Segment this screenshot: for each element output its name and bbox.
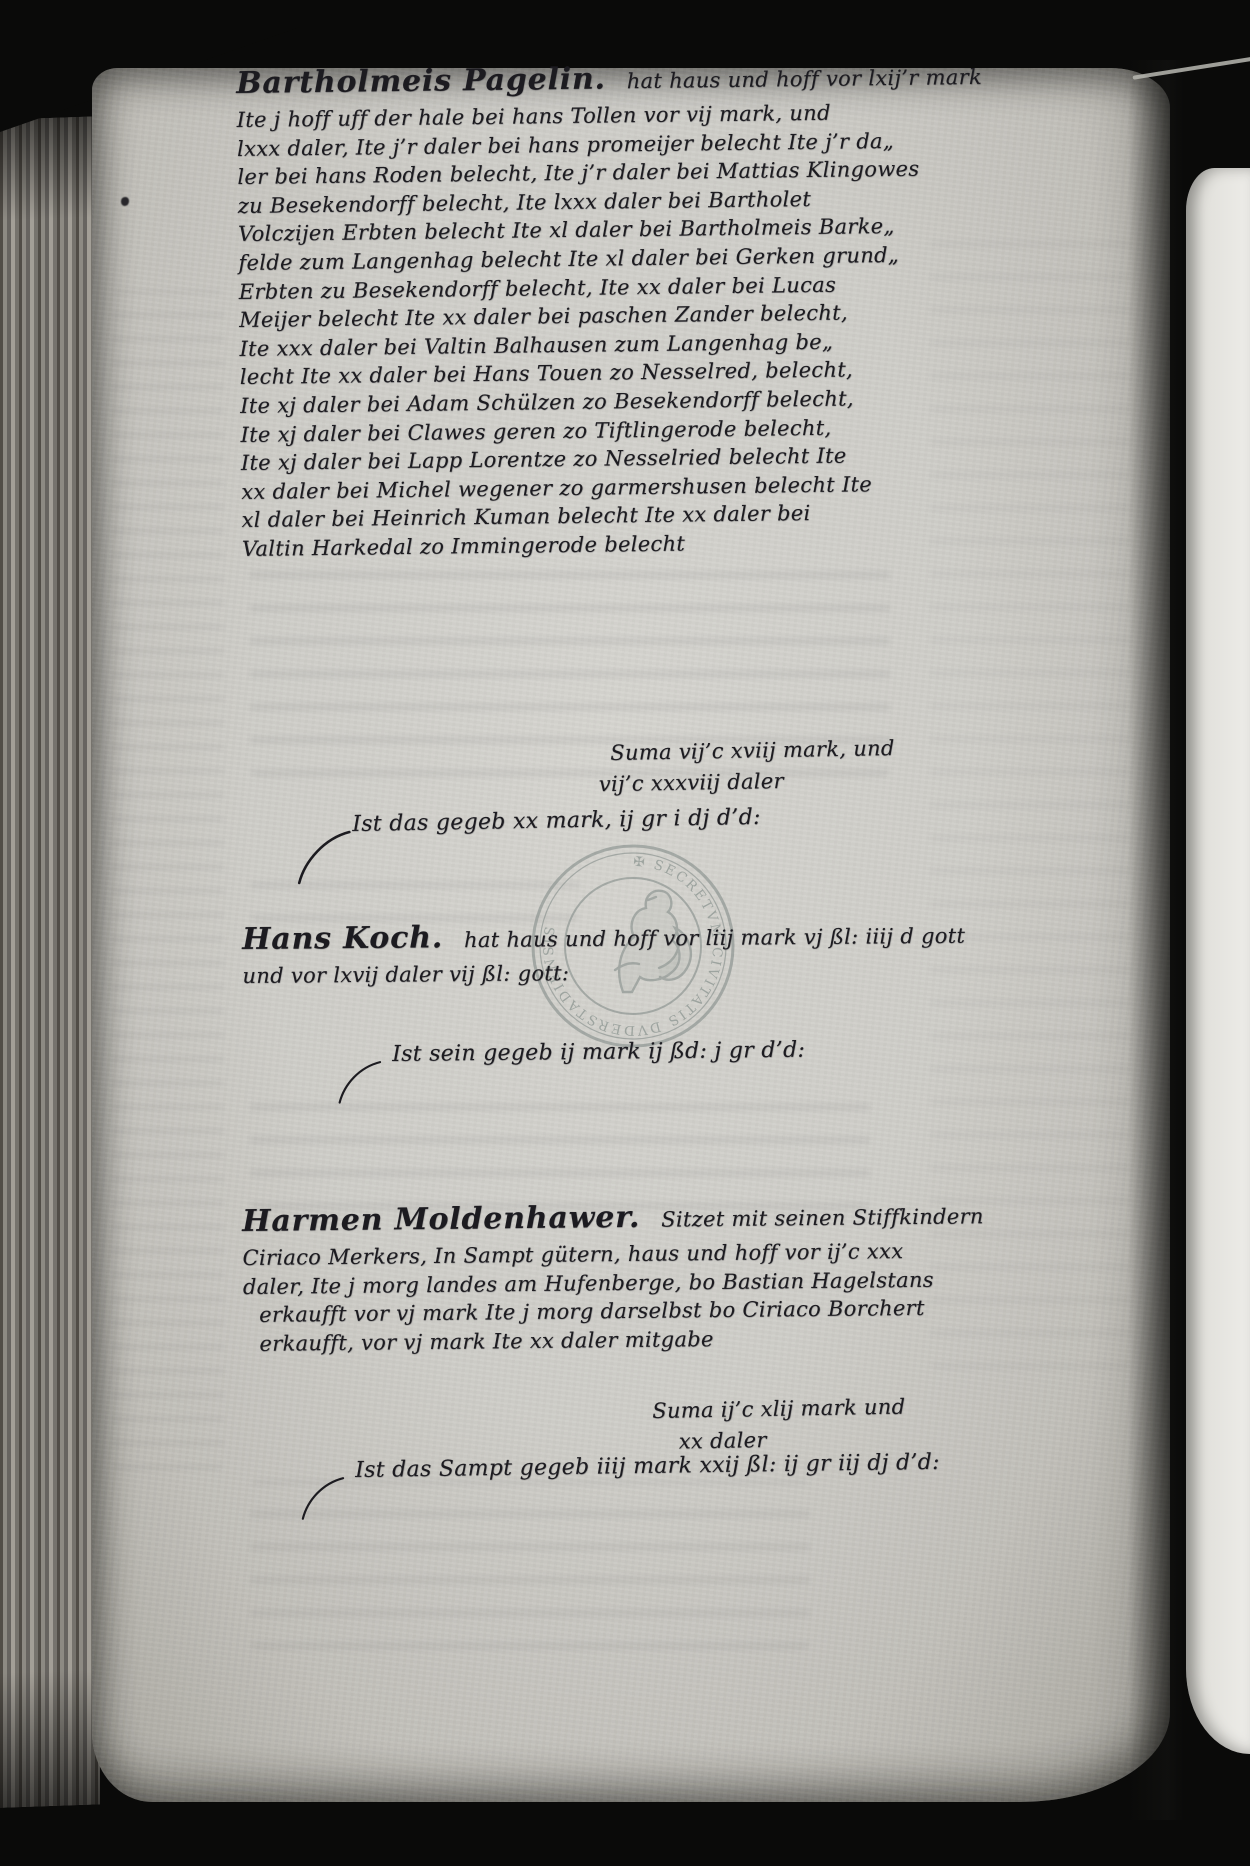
entry-heading: Hans Koch. — [242, 920, 443, 957]
facing-page — [1186, 168, 1250, 1754]
entry-first-line: Hans Koch. hat haus und hoff vor liij ma… — [242, 914, 965, 962]
payment-line: Ist sein gegeb ij mark ij ßd: j gr d’d: — [392, 1038, 805, 1067]
flourish-stroke — [294, 826, 355, 887]
manuscript-entry: Hans Koch. hat haus und hoff vor liij ma… — [242, 914, 966, 991]
entry-line: hat haus und hoff vor lxij’r mark — [627, 65, 983, 93]
summa-line: vij’c xxxviij daler — [599, 764, 896, 800]
flourish-stroke — [297, 1472, 348, 1525]
entry-heading: Harmen Moldenhawer. — [242, 1200, 640, 1239]
summa-line: Suma vij’c xviij mark, und — [610, 733, 895, 769]
entry-line: Sitzet mit seinen Stiffkindern — [661, 1204, 984, 1231]
page-edge-stack — [0, 116, 100, 1807]
manuscript-photo: ✠ SECRETVM CIVITATIS DVDERSTADIENSIS Bar… — [0, 0, 1250, 1866]
manuscript-entry: Harmen Moldenhawer. Sitzet mit seinen St… — [242, 1194, 985, 1358]
bleed-through-texture — [250, 1098, 870, 1210]
summa-block: Suma vij’c xviij mark, und vij’c xxxviij… — [610, 733, 895, 800]
summa-line: Suma ij’c xlij mark und — [652, 1392, 906, 1427]
flourish-stroke — [334, 1056, 385, 1109]
summa-block: Suma ij’c xlij mark und xx daler — [652, 1392, 906, 1458]
entry-line: hat haus und hoff vor liij mark vj ßl: i… — [464, 924, 965, 952]
bleed-through-texture — [112, 290, 224, 1470]
manuscript-entry: Bartholmeis Pagelin. hat haus und hoff v… — [236, 55, 988, 564]
entry-heading: Bartholmeis Pagelin. — [236, 61, 606, 101]
